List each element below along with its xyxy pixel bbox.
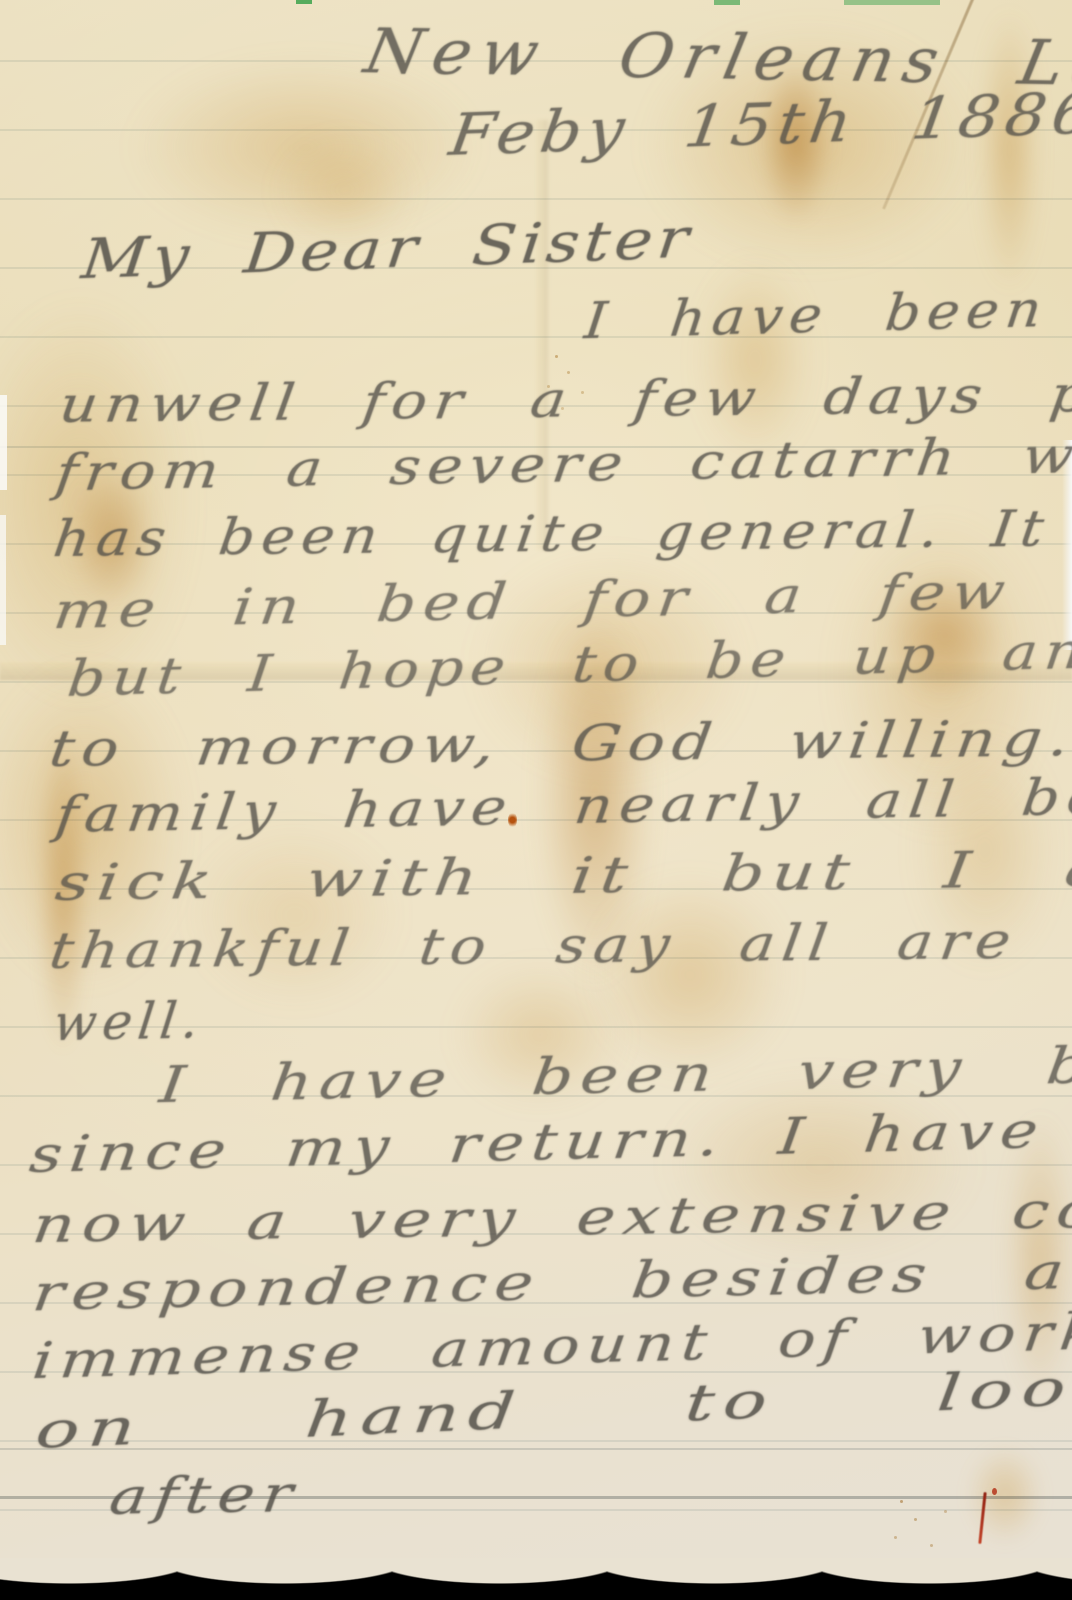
letter-line: sick with it but I am bbox=[53, 842, 1072, 908]
paper-bottom-edge bbox=[0, 1558, 1072, 1600]
torn-edge-sliver bbox=[0, 395, 7, 490]
red-ink-dot bbox=[992, 1488, 997, 1495]
torn-edge-sliver bbox=[0, 515, 6, 645]
letter-line: well. bbox=[51, 995, 207, 1048]
scan-artifact-green bbox=[714, 0, 740, 5]
scanned-letter-page: New Orleans La Feby 15th 1886 My Dear Si… bbox=[0, 0, 1072, 1600]
scan-artifact-green bbox=[296, 0, 312, 4]
letter-line: I have been bbox=[582, 284, 1050, 346]
letter-line: to morrow, God willing. My bbox=[47, 711, 1072, 774]
foxing-speckles bbox=[900, 1500, 903, 1503]
scan-artifact-green bbox=[844, 0, 940, 5]
orange-drip-dot bbox=[508, 812, 517, 828]
letter-line: has been quite general. It put bbox=[51, 502, 1072, 564]
foxing-speckles bbox=[555, 355, 558, 358]
letter-line: after bbox=[107, 1469, 303, 1522]
letter-place-line: New Orleans La bbox=[360, 20, 1072, 95]
letter-line: now a very extensive cor- bbox=[30, 1184, 1072, 1250]
letter-line: thankful to say all are now bbox=[47, 914, 1072, 976]
letter-line: unwell for a few days past bbox=[57, 368, 1072, 430]
